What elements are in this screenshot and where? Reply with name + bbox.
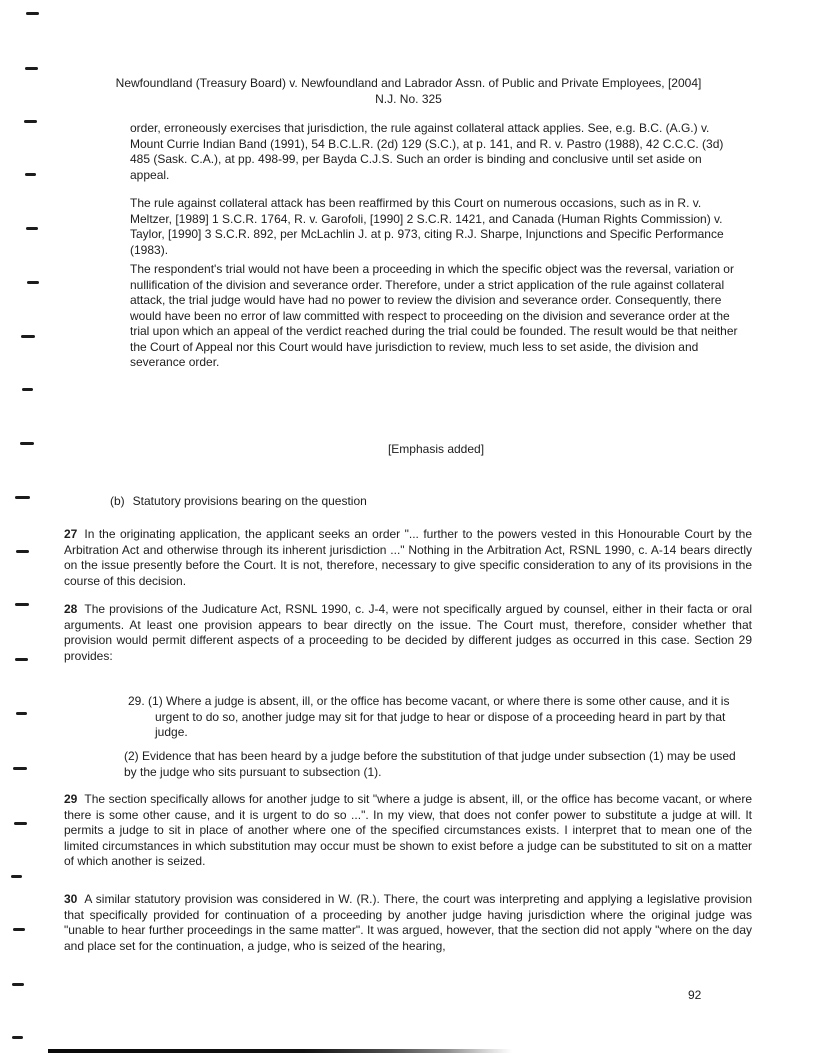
scan-mark <box>15 603 29 606</box>
paragraph-number: 29 <box>64 792 84 806</box>
scan-mark <box>26 227 38 230</box>
paragraph-text: In the originating application, the appl… <box>64 527 752 588</box>
scan-mark <box>13 928 25 931</box>
scan-mark <box>25 173 36 176</box>
scan-mark <box>22 388 33 391</box>
scan-mark <box>15 658 28 661</box>
section-heading-label: (b) <box>110 494 133 508</box>
scan-mark <box>16 550 29 553</box>
scan-mark <box>20 442 34 445</box>
statute-subsection-1: 29. (1) Where a judge is absent, ill, or… <box>128 694 759 741</box>
scan-mark <box>13 767 27 770</box>
document-header: Newfoundland (Treasury Board) v. Newfoun… <box>0 76 817 107</box>
section-heading-text: Statutory provisions bearing on the ques… <box>133 494 367 508</box>
scan-mark <box>24 120 37 123</box>
scan-mark <box>14 822 27 825</box>
scan-mark <box>21 335 35 338</box>
statute-subsection-2: (2) Evidence that has been heard by a ju… <box>124 749 736 780</box>
scan-mark <box>16 712 27 715</box>
paragraph-30: 30A similar statutory provision was cons… <box>64 892 752 954</box>
statute-subsection-text: (1) Where a judge is absent, ill, or the… <box>148 694 729 739</box>
paragraph-27: 27In the originating application, the ap… <box>64 527 752 589</box>
paragraph-text: A similar statutory provision was consid… <box>64 892 752 953</box>
scan-mark <box>12 983 24 986</box>
statute-section-number: 29. <box>128 694 145 708</box>
scan-mark <box>15 496 30 499</box>
paragraph-text: The section specifically allows for anot… <box>64 792 752 868</box>
scan-edge-bar <box>48 1049 512 1053</box>
quoted-paragraph-2: The rule against collateral attack has b… <box>130 196 742 258</box>
scan-mark <box>27 281 39 284</box>
quoted-paragraph-1: order, erroneously exercises that jurisd… <box>130 121 742 183</box>
scan-mark <box>11 875 22 878</box>
case-title: Newfoundland (Treasury Board) v. Newfoun… <box>0 76 817 92</box>
paragraph-29: 29The section specifically allows for an… <box>64 792 752 870</box>
scan-mark <box>12 1036 23 1039</box>
emphasis-note: [Emphasis added] <box>130 442 742 458</box>
page-number: 92 <box>688 988 728 1004</box>
paragraph-number: 28 <box>64 602 84 616</box>
paragraph-text: The provisions of the Judicature Act, RS… <box>64 602 752 663</box>
scanned-court-document-page: Newfoundland (Treasury Board) v. Newfoun… <box>0 0 817 1056</box>
scan-mark <box>26 12 39 15</box>
paragraph-number: 27 <box>64 527 84 541</box>
paragraph-28: 28The provisions of the Judicature Act, … <box>64 602 752 664</box>
quoted-paragraph-3: The respondent's trial would not have be… <box>130 262 742 371</box>
paragraph-number: 30 <box>64 892 84 906</box>
case-citation: N.J. No. 325 <box>0 92 817 108</box>
scan-mark <box>25 67 38 70</box>
section-heading: (b)Statutory provisions bearing on the q… <box>110 494 750 510</box>
